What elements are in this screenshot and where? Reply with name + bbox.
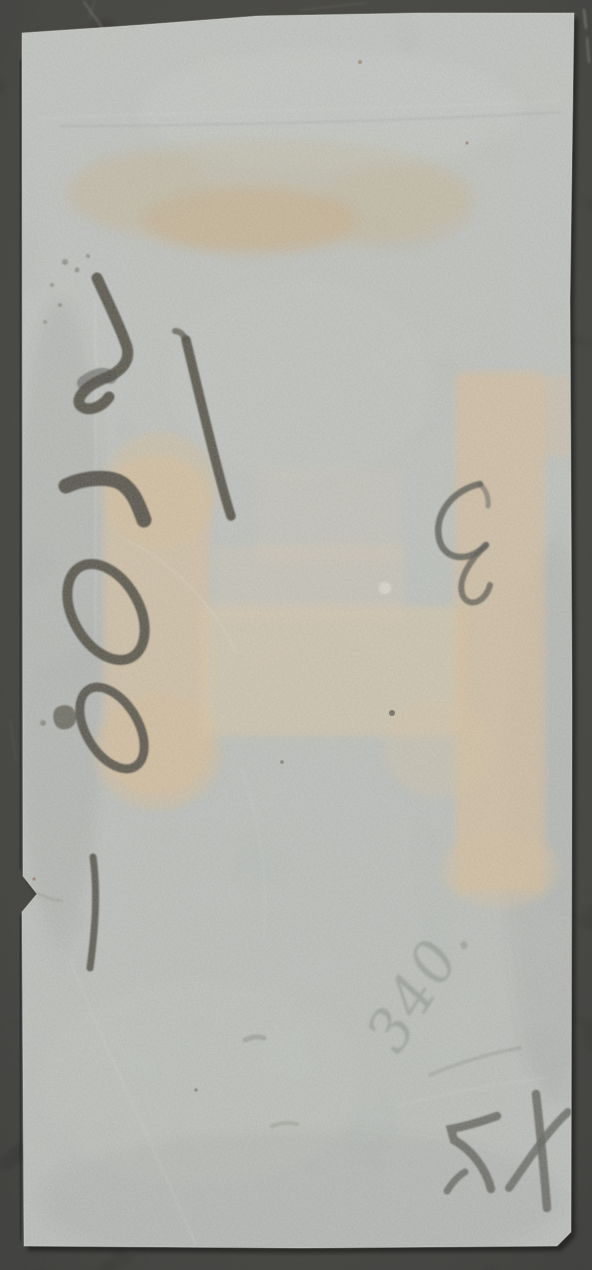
stamp-photo: 340. bbox=[0, 0, 592, 1270]
photo-grain-overlay bbox=[0, 0, 592, 1270]
